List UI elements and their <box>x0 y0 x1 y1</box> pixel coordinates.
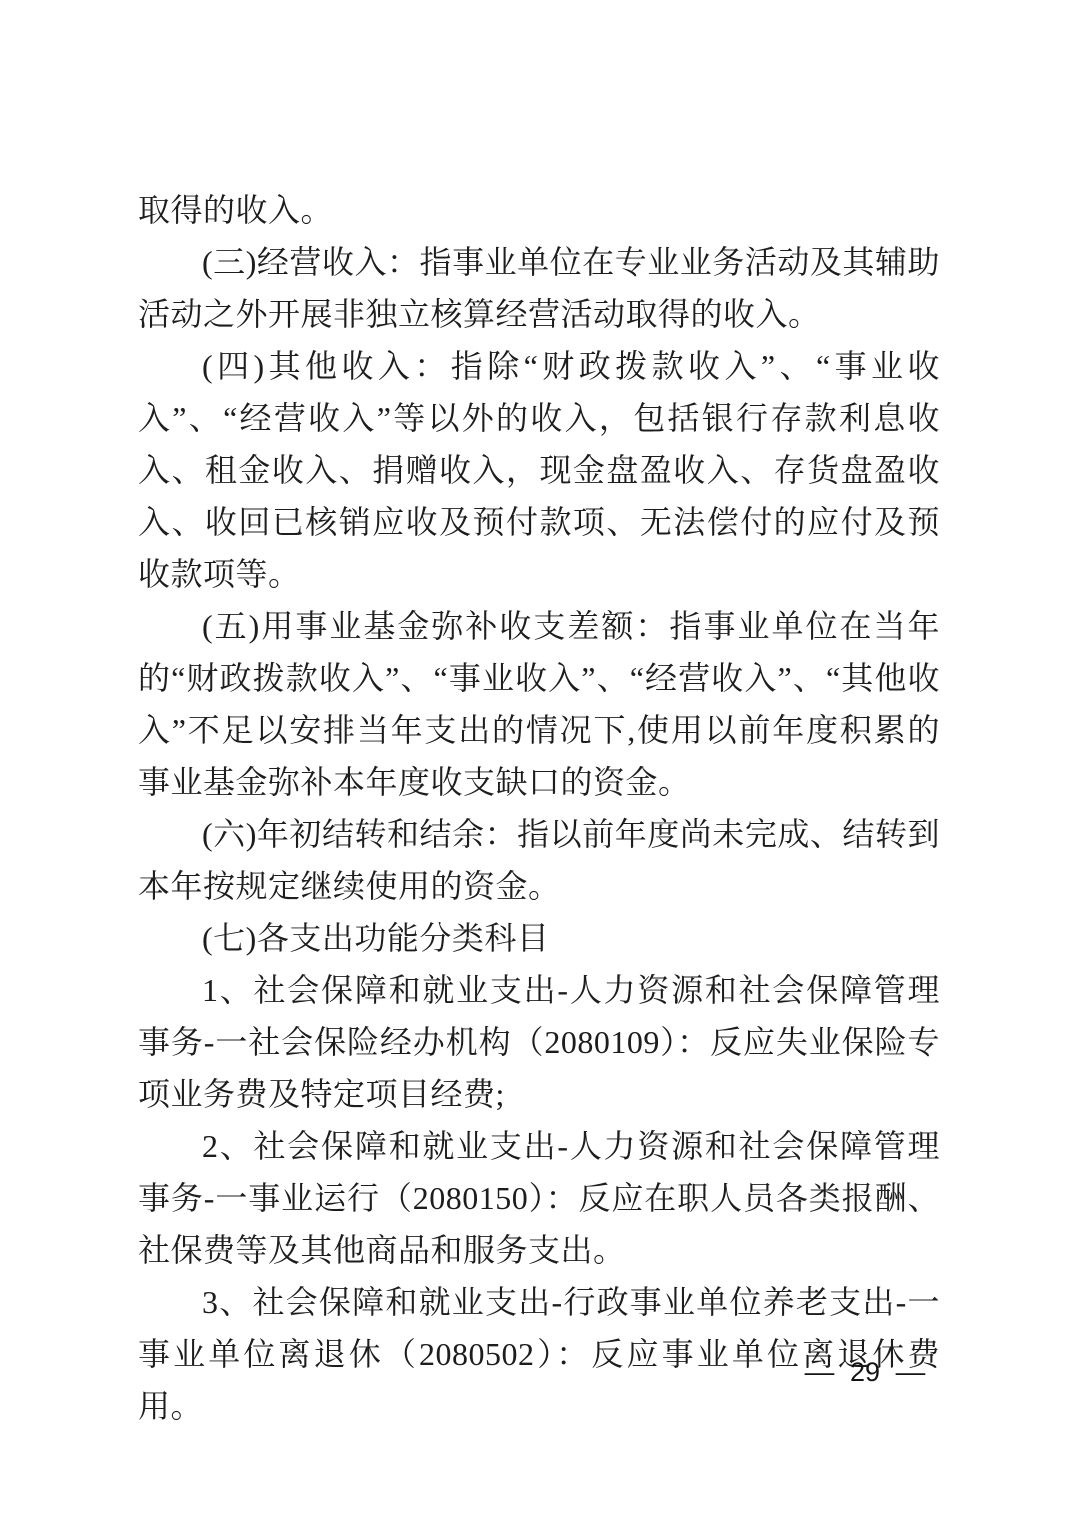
footer-dash-left: — <box>805 1356 835 1388</box>
document-page: 取得的收入。(三)经营收入：指事业单位在专业业务活动及其辅助活动之外开展非独立核… <box>0 0 1074 1520</box>
paragraph: 3、社会保障和就业支出-行政事业单位养老支出-一事业单位离退休（2080502）… <box>138 1276 940 1432</box>
footer-dash-right: — <box>896 1356 926 1388</box>
paragraph: (四)其他收入：指除“财政拨款收入”、“事业收入”、“经营收入”等以外的收入，包… <box>138 340 940 600</box>
paragraph: 2、社会保障和就业支出-人力资源和社会保障管理事务-一事业运行（2080150）… <box>138 1120 940 1276</box>
paragraph: (六)年初结转和结余：指以前年度尚未完成、结转到本年按规定继续使用的资金。 <box>138 808 940 912</box>
paragraph: (三)经营收入：指事业单位在专业业务活动及其辅助活动之外开展非独立核算经营活动取… <box>138 236 940 340</box>
paragraph: 取得的收入。 <box>138 184 940 236</box>
paragraph: 1、社会保障和就业支出-人力资源和社会保障管理事务-一社会保险经办机构（2080… <box>138 964 940 1120</box>
page-footer: — 29 — <box>806 1356 924 1388</box>
paragraph: (五)用事业基金弥补收支差额：指事业单位在当年的“财政拨款收入”、“事业收入”、… <box>138 600 940 808</box>
paragraph: (七)各支出功能分类科目 <box>138 912 940 964</box>
page-number: 29 <box>850 1356 880 1388</box>
document-body: 取得的收入。(三)经营收入：指事业单位在专业业务活动及其辅助活动之外开展非独立核… <box>138 184 940 1432</box>
